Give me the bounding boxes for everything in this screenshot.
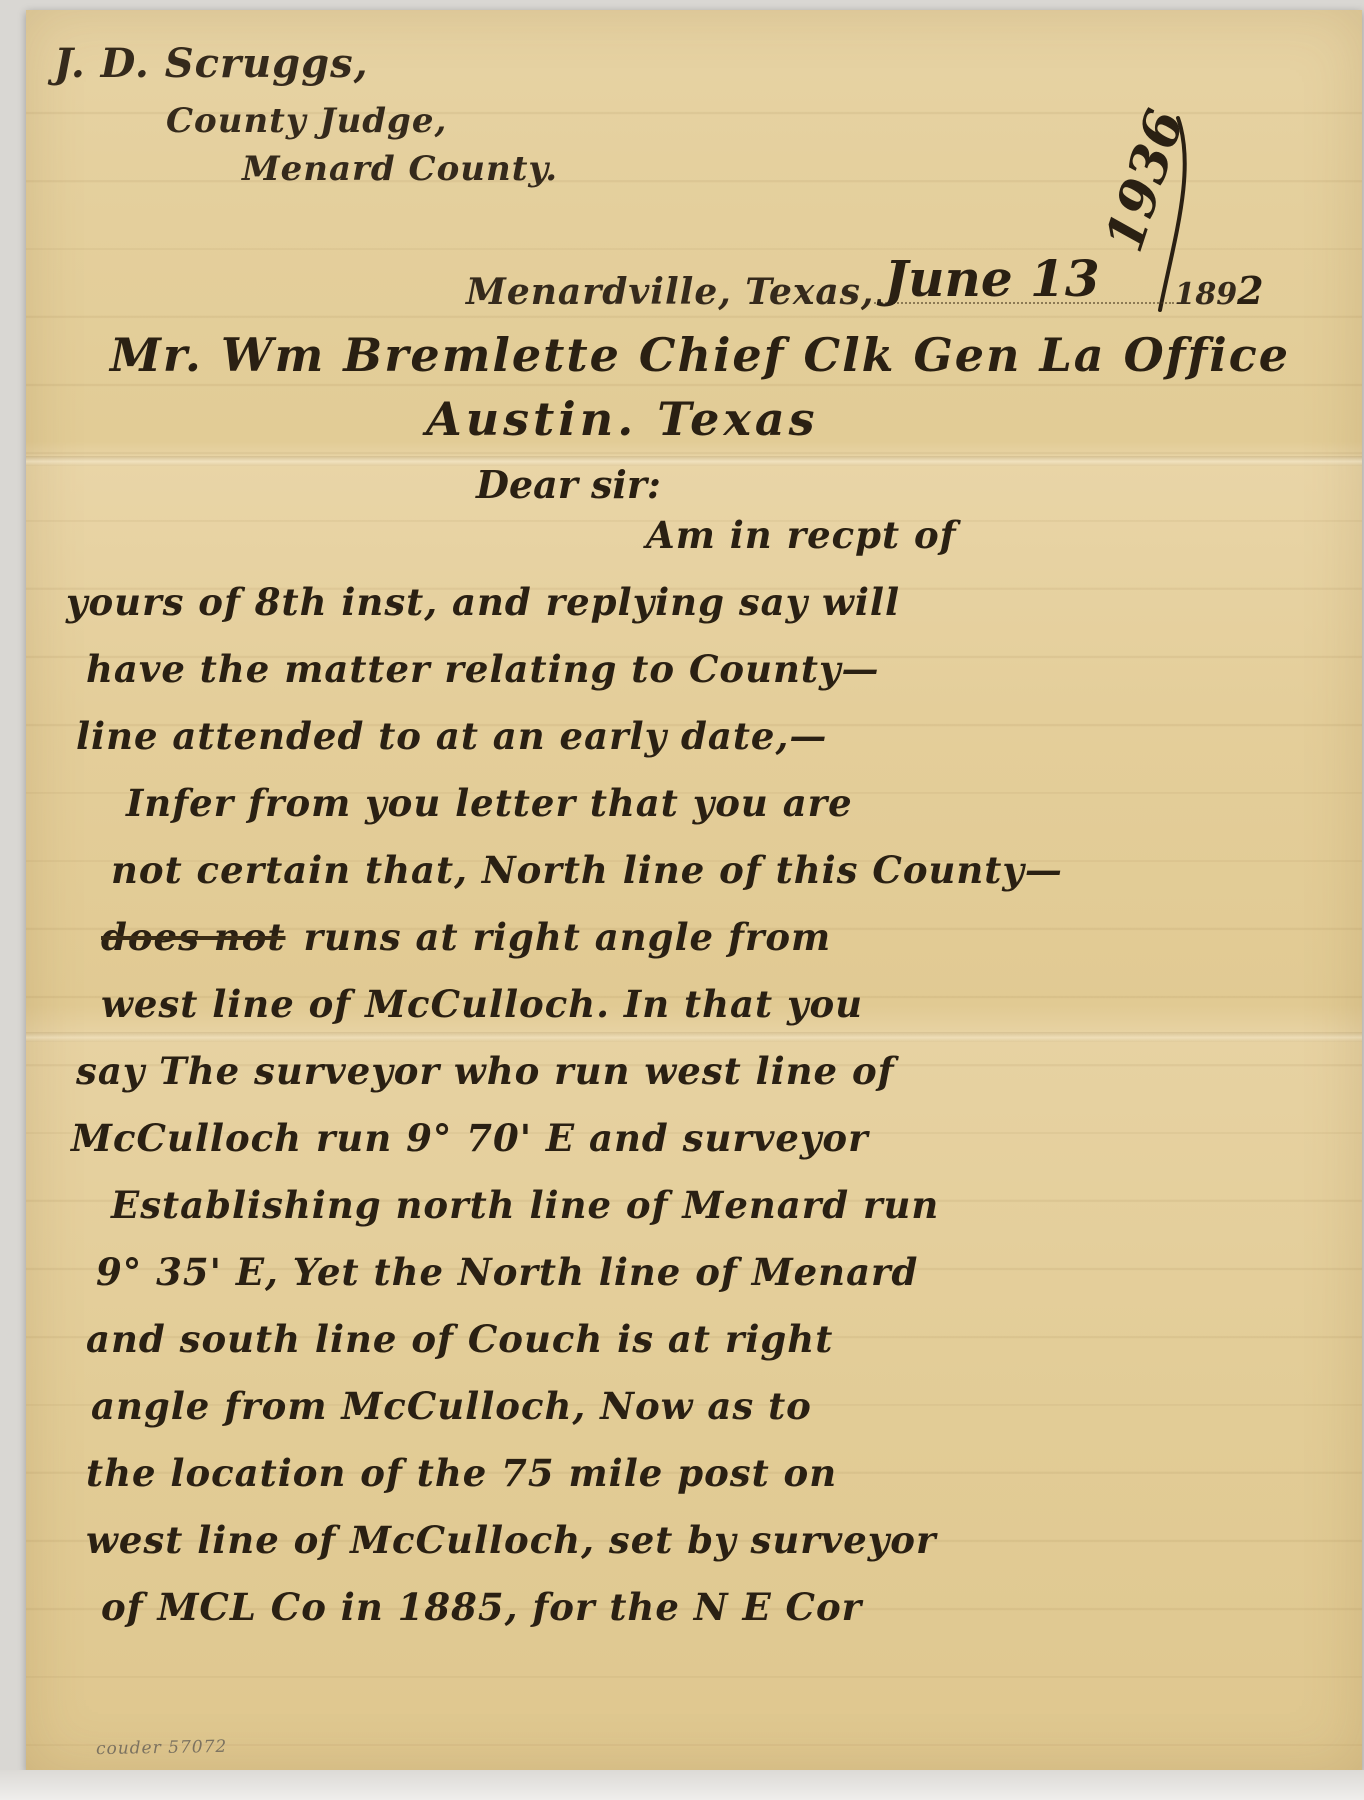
recipient-line-2: Austin. Texas [426, 392, 819, 446]
letterhead-county: Menard County. [242, 149, 558, 189]
body-line: line attended to at an early date,— [56, 703, 1346, 770]
archive-pencil-number: couder 57072 [96, 1737, 228, 1759]
handwritten-date: June 13 [884, 249, 1099, 308]
body-line: Establishing north line of Menard run [56, 1172, 1346, 1239]
salutation: Dear sir: [476, 462, 661, 507]
body-line-rest: runs at right angle from [303, 915, 831, 959]
body-line: west line of McCulloch. In that you [56, 971, 1346, 1038]
struck-words: does not [101, 915, 285, 959]
body-line: yours of 8th inst, and replying say will [56, 569, 1346, 636]
letter-paper: J. D. Scruggs, County Judge, Menard Coun… [26, 10, 1362, 1772]
printed-year: 189 [1174, 277, 1237, 312]
body-line: say The surveyor who run west line of [56, 1038, 1346, 1105]
fold-crease [26, 456, 1362, 466]
body-line: have the matter relating to County— [56, 636, 1346, 703]
body-line: west line of McCulloch, set by surveyor [56, 1507, 1346, 1574]
body-line: of MCL Co in 1885, for the N E Cor [56, 1574, 1346, 1641]
letter-body: Am in recpt of yours of 8th inst, and re… [56, 502, 1346, 1641]
letterhead-name: J. D. Scruggs, [54, 40, 558, 87]
recipient-line-1: Mr. Wm Bremlette Chief Clk Gen La Office [110, 328, 1290, 382]
letterhead-title: County Judge, [166, 101, 558, 141]
letterhead: J. D. Scruggs, County Judge, Menard Coun… [54, 40, 558, 189]
scan-background-edge [0, 1770, 1364, 1800]
body-line: the location of the 75 mile post on [56, 1440, 1346, 1507]
dateline-place: Menardville, Texas, [466, 271, 874, 313]
letter-scan: J. D. Scruggs, County Judge, Menard Coun… [0, 0, 1364, 1800]
handwritten-year-digit: 2 [1237, 268, 1263, 313]
body-line-with-strikeout: does notruns at right angle from [56, 904, 1346, 971]
body-line: 9° 35' E, Yet the North line of Menard [56, 1239, 1346, 1306]
body-line: McCulloch run 9° 70' E and surveyor [56, 1105, 1346, 1172]
body-line: Am in recpt of [56, 502, 1346, 569]
dateline: Menardville, Texas,June 131892 [466, 258, 1166, 338]
body-line: Infer from you letter that you are [56, 770, 1346, 837]
body-line: not certain that, North line of this Cou… [56, 837, 1346, 904]
body-line: angle from McCulloch, Now as to [56, 1373, 1346, 1440]
dateline-rule: June 13 [874, 258, 1174, 304]
body-line: and south line of Couch is at right [56, 1306, 1346, 1373]
